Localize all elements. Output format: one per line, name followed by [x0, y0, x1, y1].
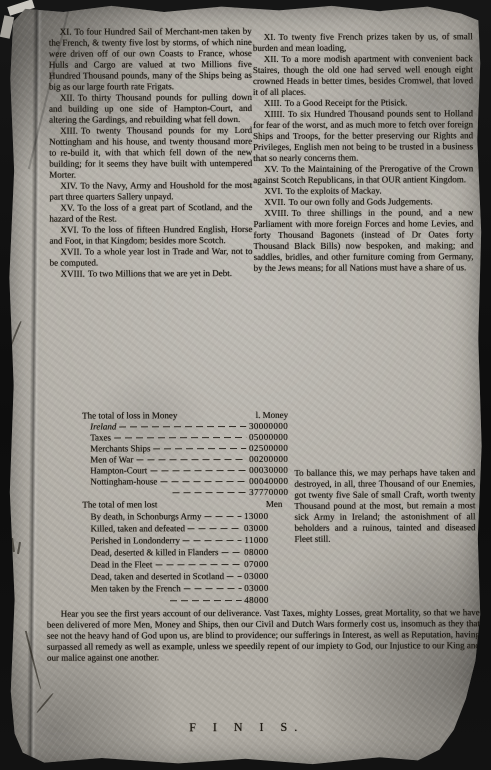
leader-dashes	[183, 537, 241, 544]
item-number: XII.	[60, 93, 78, 103]
ballance-text: To ballance this, we may perhaps have ta…	[294, 467, 475, 545]
leader-dashes	[188, 525, 241, 532]
item-text: To the Navy, Army and Houshold for the m…	[49, 180, 252, 202]
table-row: By death, in Schonburgs Army13000	[82, 510, 282, 523]
item-text: To the exploits of Mackay.	[286, 186, 382, 196]
item-text: To the Maintaining of the Prerogative of…	[253, 163, 473, 185]
table-row: Merchants Ships02500000	[82, 443, 288, 455]
item-number: XVIII.	[61, 269, 88, 279]
row-value: 03000	[244, 522, 269, 534]
total-value: 37770000	[249, 487, 288, 498]
table-row: Taxes05000000	[82, 432, 288, 444]
leader-dashes	[119, 423, 246, 430]
item-number: XVIII.	[264, 208, 291, 218]
item-number: XVI.	[60, 225, 81, 235]
leader-dashes	[160, 478, 246, 485]
item-xii-right: XII.To a more modish apartment with conv…	[253, 53, 473, 98]
table-row: Killed, taken and defeated03000	[82, 522, 282, 535]
row-value: 00040000	[249, 476, 288, 487]
leader-dashes	[227, 573, 241, 580]
item-number: XVI.	[264, 186, 285, 196]
row-label: Merchants Ships	[82, 443, 150, 454]
leader-dashes	[184, 585, 242, 592]
table-row: Dead in the Fleet07000	[83, 558, 283, 571]
item-number: XVII.	[61, 247, 85, 257]
row-value: 00030000	[249, 465, 288, 476]
row-value: 30000000	[249, 421, 288, 432]
ballance-paragraph: To ballance this, we may perhaps have ta…	[294, 467, 475, 545]
item-number: XV.	[60, 203, 77, 213]
item-text: To our own folly and Gods Judgements.	[289, 196, 433, 207]
item-number: XV.	[264, 164, 281, 174]
row-value: 03000	[244, 570, 269, 582]
row-label: Dead, taken and deserted in Scotland	[83, 570, 224, 582]
table-row: Dead, deserted & killed in Flanders08000	[83, 546, 283, 559]
item-xvii-right: XVII.To our own folly and Gods Judgement…	[253, 196, 473, 208]
row-label: Perished in Londonderry	[83, 534, 181, 546]
item-number: XII.	[264, 54, 282, 64]
item-text: To a Good Receipt for the Ptisick.	[285, 97, 408, 107]
money-table-title: The total of loss in Money	[82, 410, 177, 421]
page-content: XI.To four Hundred Sail of Merchant-men …	[5, 1, 487, 769]
leader-dashes	[114, 434, 246, 441]
total-value: 48000	[244, 594, 269, 606]
item-number: XIII.	[60, 126, 81, 136]
item-number: XIV.	[60, 181, 80, 191]
table-row: Men of War00200000	[82, 454, 288, 466]
item-xiii-left: XIII.To twenty Thousand pounds for my Lo…	[49, 125, 252, 181]
table-row: Men taken by the French03000	[83, 582, 283, 595]
leader-dashes	[136, 456, 246, 463]
item-xii-left: XII.To thirty Thousand pounds for pullin…	[49, 92, 252, 126]
item-xviii-right: XVIII.To three shillings in the pound, a…	[253, 207, 473, 274]
row-label: Dead, deserted & killed in Flanders	[83, 546, 219, 558]
right-column: XI.To twenty five French prizes taken by…	[253, 31, 474, 274]
leader-dashes	[153, 445, 246, 452]
item-text: To twenty five French prizes taken by us…	[253, 31, 473, 53]
men-table-unit: Men	[266, 498, 283, 510]
row-value: 08000	[244, 546, 269, 558]
leader-dashes	[150, 467, 246, 474]
item-xviii-left: XVIII.To two Millions that we are yet in…	[50, 268, 253, 280]
item-text: To the loss of a great part of Scotland,…	[49, 202, 252, 224]
leader-dashes	[170, 597, 242, 604]
leader-dashes	[172, 489, 246, 496]
item-number: XIII.	[264, 98, 285, 108]
row-value: 05000000	[249, 432, 288, 443]
item-number: XI.	[60, 27, 75, 37]
money-table-unit: l. Money	[256, 410, 289, 421]
row-label: Hampton-Court	[82, 465, 147, 476]
table-row: Perished in Londonderry11000	[83, 534, 283, 547]
leader-dashes	[205, 513, 241, 520]
row-label: Taxes	[82, 432, 111, 443]
item-xiv-left: XIV.To the Navy, Army and Houshold for t…	[49, 180, 252, 203]
leader-dashes	[222, 549, 242, 556]
row-value: 00200000	[249, 454, 288, 465]
table-row: Hampton-Court00030000	[82, 465, 288, 477]
table-row: Nottingham-house00040000	[82, 476, 288, 488]
document-page: XI.To four Hundred Sail of Merchant-men …	[6, 2, 485, 768]
item-number: XI.	[264, 32, 279, 42]
row-label: Killed, taken and defeated	[82, 522, 185, 534]
finis-label: F I N I S.	[7, 719, 486, 736]
row-label: Nottingham-house	[82, 476, 157, 487]
row-label: Men of War	[82, 454, 133, 465]
money-loss-table: The total of loss in Money l. Money Irel…	[82, 410, 288, 499]
table-total-row: 37770000	[82, 487, 288, 499]
money-table-header: The total of loss in Money l. Money	[82, 410, 288, 422]
item-xi-left: XI.To four Hundred Sail of Merchant-men …	[49, 26, 252, 93]
item-number: XVII.	[264, 197, 288, 207]
row-label: Dead in the Fleet	[83, 558, 153, 570]
row-value: 07000	[244, 558, 269, 570]
item-text: To four Hundred Sail of Merchant-men tak…	[49, 26, 252, 92]
torn-paper-scrap	[0, 15, 14, 39]
item-xvii-left: XVII.To a whole year lost in Trade and W…	[50, 246, 253, 269]
item-xvi-left: XVI.To the loss of fifteen Hundred Engli…	[49, 224, 252, 247]
row-label: Men taken by the French	[83, 582, 181, 594]
row-label: Ireland	[82, 421, 116, 432]
item-xv-right: XV.To the Maintaining of the Prerogative…	[253, 163, 473, 186]
leader-dashes	[155, 561, 241, 568]
item-text: To a more modish apartment with convenie…	[253, 53, 473, 97]
row-label: By death, in Schonburgs Army	[82, 510, 201, 522]
men-table-title: The total of men lost	[82, 498, 157, 510]
item-text: To two Millions that we are yet in Debt.	[88, 268, 232, 279]
item-xi-right: XI.To twenty five French prizes taken by…	[253, 31, 473, 54]
row-value: 03000	[244, 582, 269, 594]
men-lost-table: The total of men lost Men By death, in S…	[82, 498, 282, 607]
item-text: To thirty Thousand pounds for pulling do…	[49, 92, 252, 125]
men-table-header: The total of men lost Men	[82, 498, 282, 511]
closing-text: Hear you see the first years account of …	[47, 607, 480, 664]
item-xvi-right: XVI.To the exploits of Mackay.	[253, 185, 473, 197]
table-total-row: 48000	[83, 594, 283, 607]
table-row: Dead, taken and deserted in Scotland0300…	[83, 570, 283, 583]
row-value: 02500000	[249, 443, 288, 454]
table-row: Ireland30000000	[82, 421, 288, 433]
item-xiiii-right: XIIII.To six Hundred Thousand pounds sen…	[253, 108, 473, 164]
scanned-document-photo: XI.To four Hundred Sail of Merchant-men …	[0, 0, 491, 770]
left-column: XI.To four Hundred Sail of Merchant-men …	[49, 26, 253, 280]
item-xiii-right: XIII.To a Good Receipt for the Ptisick.	[253, 97, 473, 109]
row-value: 11000	[244, 534, 268, 546]
closing-paragraph: Hear you see the first years account of …	[47, 607, 480, 664]
item-number: XIIII.	[264, 109, 288, 119]
item-xv-left: XV.To the loss of a great part of Scotla…	[49, 202, 252, 225]
row-value: 13000	[244, 510, 269, 522]
